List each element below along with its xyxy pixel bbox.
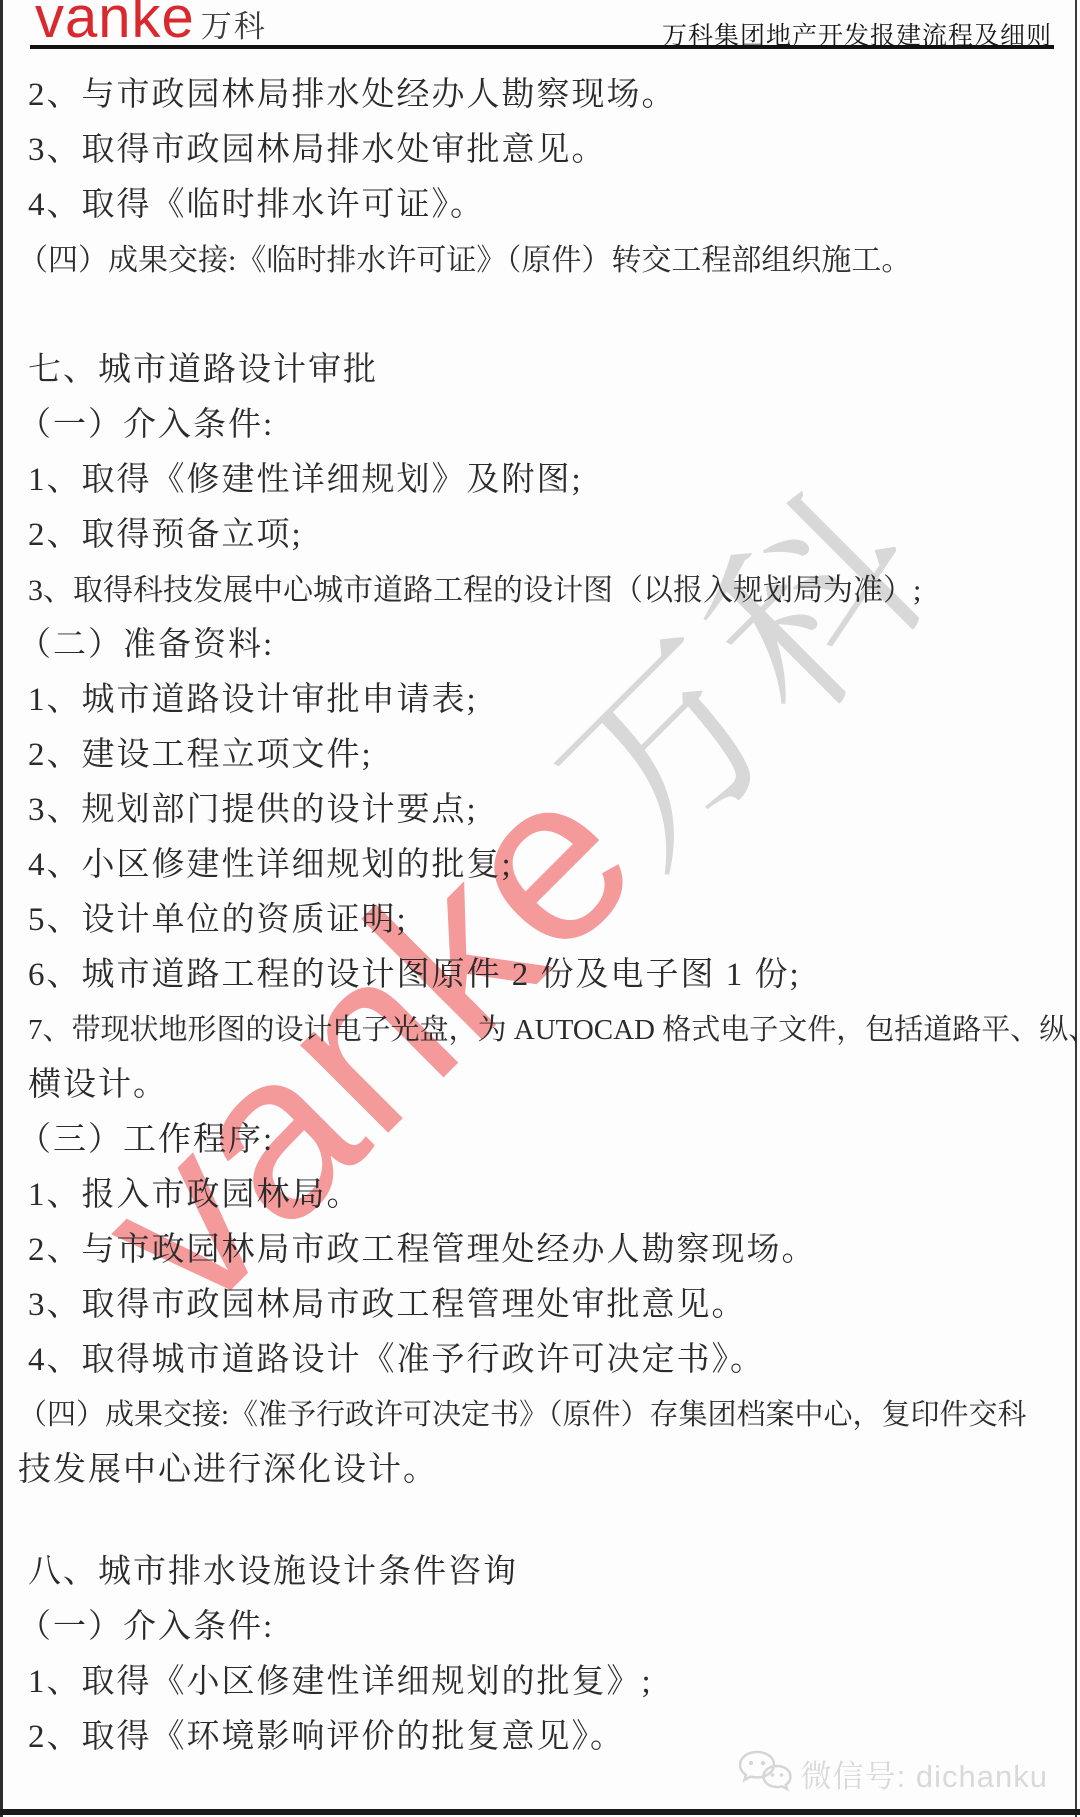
- scan-edge-left: [0, 0, 3, 1817]
- text-line: 6、城市道路工程的设计图原件 2 份及电子图 1 份;: [28, 948, 1070, 1003]
- scan-edge-right: [1075, 0, 1077, 1817]
- wechat-icon: [737, 1748, 793, 1799]
- text-line: （一）介入条件:: [18, 398, 1070, 453]
- vanke-logo-latin: vanke: [35, 0, 195, 48]
- text-line: 七、城市道路设计审批: [28, 343, 1070, 398]
- document-page: vanke万科 vanke万科 万科集团地产开发报建流程及细则 2、与市政园林局…: [0, 0, 1080, 1817]
- text-line: 3、规划部门提供的设计要点;: [28, 783, 1070, 838]
- text-line: （三）工作程序:: [18, 1113, 1070, 1168]
- text-line: 1、城市道路设计审批申请表;: [28, 673, 1070, 728]
- text-line: 7、带现状地形图的设计电子光盘，为 AUTOCAD 格式电子文件，包括道路平、纵…: [28, 1003, 1070, 1058]
- text-line: （四）成果交接:《准予行政许可决定书》（原件）存集团档案中心，复印件交科: [18, 1388, 1070, 1443]
- text-line: （二）准备资料:: [18, 618, 1070, 673]
- document-title: 万科集团地产开发报建流程及细则: [662, 16, 1052, 48]
- text-line: 4、取得《临时排水许可证》。: [28, 178, 1070, 233]
- text-line: 3、取得市政园林局排水处审批意见。: [28, 123, 1070, 178]
- vanke-logo-cjk: 万科: [201, 9, 267, 44]
- wechat-id-label: 微信号: dichanku: [801, 1751, 1048, 1796]
- page-header: vanke万科 万科集团地产开发报建流程及细则: [0, 0, 1080, 48]
- text-line: 4、取得城市道路设计《准予行政许可决定书》。: [28, 1333, 1070, 1388]
- text-line: 技发展中心进行深化设计。: [18, 1443, 1070, 1498]
- text-line: 2、与市政园林局市政工程管理处经办人勘察现场。: [28, 1223, 1070, 1278]
- text-line: 2、与市政园林局排水处经办人勘察现场。: [28, 68, 1070, 123]
- vanke-logo: vanke万科: [35, 0, 267, 48]
- wechat-watermark: 微信号: dichanku: [737, 1748, 1048, 1799]
- text-line: 1、取得《小区修建性详细规划的批复》;: [28, 1655, 1070, 1710]
- scan-edge-bottom: [0, 1809, 1080, 1815]
- header-divider: [30, 45, 1054, 49]
- text-line: 横设计。: [28, 1058, 1070, 1113]
- text-line: （四）成果交接:《临时排水许可证》（原件）转交工程部组织施工。: [18, 233, 1070, 288]
- text-line: 3、取得科技发展中心城市道路工程的设计图（以报入规划局为准）;: [28, 563, 1070, 618]
- text-line: 1、报入市政园林局。: [28, 1168, 1070, 1223]
- text-line: 3、取得市政园林局市政工程管理处审批意见。: [28, 1278, 1070, 1333]
- text-line: 八、城市排水设施设计条件咨询: [28, 1545, 1070, 1600]
- document-body: 2、与市政园林局排水处经办人勘察现场。3、取得市政园林局排水处审批意见。4、取得…: [0, 68, 1080, 1765]
- text-line: 5、设计单位的资质证明;: [28, 893, 1070, 948]
- text-line: 1、取得《修建性详细规划》及附图;: [28, 453, 1070, 508]
- text-line: （一）介入条件:: [18, 1600, 1070, 1655]
- text-line: 4、小区修建性详细规划的批复;: [28, 838, 1070, 893]
- text-line: 2、建设工程立项文件;: [28, 728, 1070, 783]
- text-line: 2、取得预备立项;: [28, 508, 1070, 563]
